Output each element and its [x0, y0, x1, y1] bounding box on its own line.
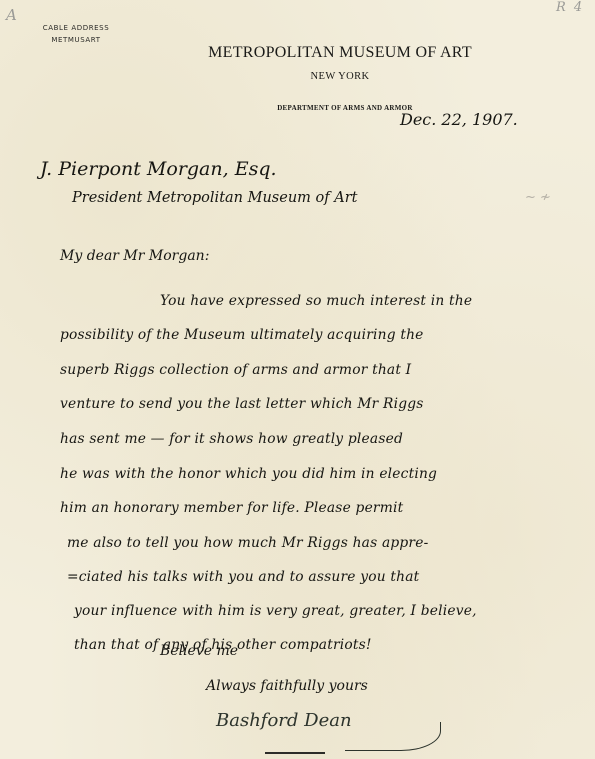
addressee-name: J. Pierpont Morgan, Esq.: [40, 158, 277, 180]
body-line: me also to tell you how much Mr Riggs ha…: [67, 535, 428, 551]
closing-believe-me: Believe me: [160, 643, 238, 659]
letter-page: A R 4 CABLE ADDRESS METMUSART METROPOLIT…: [0, 0, 595, 759]
body-line: has sent me — for it shows how greatly p…: [60, 431, 403, 447]
body-line: You have expressed so much interest in t…: [160, 293, 472, 309]
signature-flourish: [345, 722, 441, 751]
salutation: My dear Mr Morgan:: [60, 248, 209, 264]
body-line: superb Riggs collection of arms and armo…: [60, 362, 411, 378]
closing-faithfully: Always faithfully yours: [206, 678, 368, 694]
letter-date: Dec. 22, 1907.: [400, 110, 518, 129]
addressee-title: President Metropolitan Museum of Art: [72, 190, 357, 206]
body-line: =ciated his talks with you and to assure…: [67, 569, 419, 585]
margin-pencil-scribble: ~ ≁: [525, 190, 551, 205]
letterhead-institution: METROPOLITAN MUSEUM OF ART: [180, 44, 500, 62]
letterhead-city: NEW YORK: [180, 71, 500, 82]
body-line: him an honorary member for life. Please …: [60, 500, 403, 516]
archive-mark-right: R 4: [556, 0, 584, 15]
body-line: venture to send you the last letter whic…: [60, 396, 424, 412]
archive-mark-left: A: [6, 6, 17, 24]
signature: Bashford Dean: [216, 710, 352, 731]
cable-address-label: CABLE ADDRESS: [40, 22, 112, 34]
body-line: he was with the honor which you did him …: [60, 466, 437, 482]
body-line: possibility of the Museum ultimately acq…: [60, 327, 424, 343]
signature-underline: [265, 752, 325, 754]
body-line: your influence with him is very great, g…: [74, 603, 477, 619]
cable-address-value: METMUSART: [40, 34, 112, 46]
